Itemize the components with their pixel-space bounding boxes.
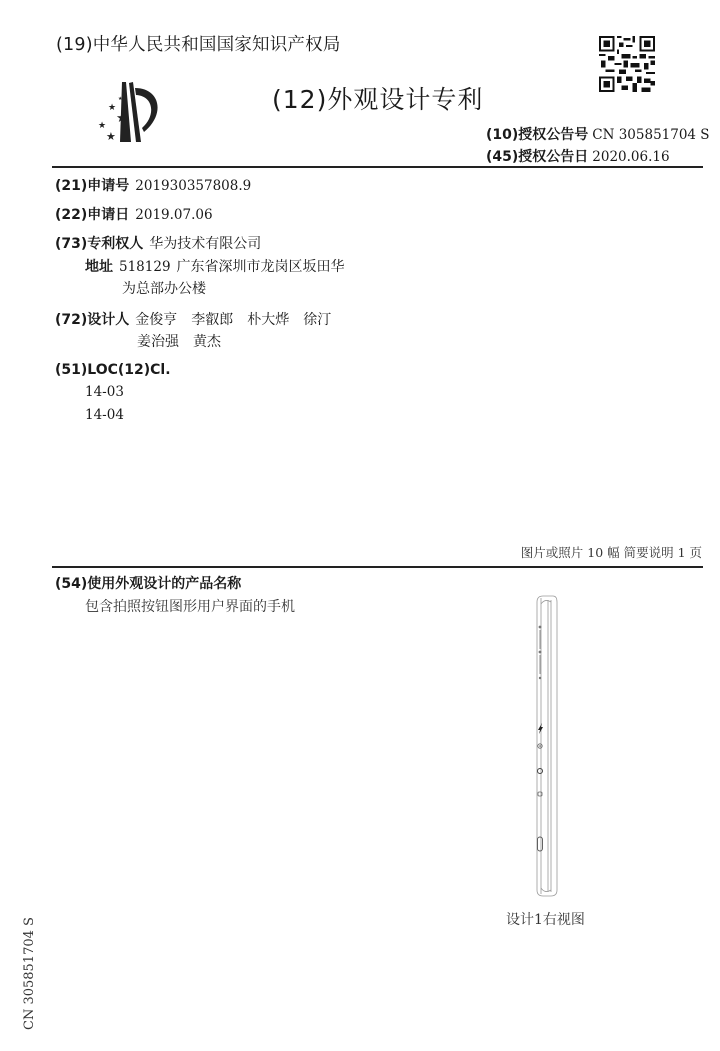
address-line1: 广东省深圳市龙岗区坂田华: [177, 259, 345, 275]
product-name-label: (54)使用外观设计的产品名称: [55, 573, 241, 593]
svg-text:★: ★: [106, 130, 116, 143]
svg-text:★: ★: [98, 121, 106, 131]
publication-number-label: (10)授权公告号: [486, 127, 588, 143]
application-number-label: (21)申请号: [55, 178, 129, 194]
cnipa-logo-icon: ★ ★ ★ ★ ★: [94, 82, 174, 144]
designer-name: 徐汀: [303, 312, 331, 328]
publication-date-value: 2020.06.16: [592, 149, 669, 165]
product-divider: [52, 566, 703, 568]
application-date-label: (22)申请日: [55, 207, 129, 223]
product-name: 包含拍照按钮图形用户界面的手机: [85, 596, 295, 616]
patentee: (73)专利权人华为技术有限公司: [55, 233, 261, 253]
svg-text:★: ★: [108, 103, 116, 113]
address-label: 地址: [85, 259, 113, 275]
designer-name: 姜治强: [137, 334, 179, 350]
phone-right-side-view-drawing: [533, 594, 561, 898]
application-number-value: 201930357808.9: [135, 178, 251, 194]
figure-count-summary: 图片或照片 10 幅 简要说明 1 页: [521, 543, 702, 561]
designer-name: 黄杰: [193, 334, 221, 350]
publication-number: (10)授权公告号CN 305851704 S: [486, 124, 710, 144]
publication-number-value: CN 305851704 S: [592, 127, 709, 143]
designer-name: 李叡郎: [191, 312, 233, 328]
loc-classification: (51)LOC(12)Cl.: [55, 362, 171, 378]
designer-name: 金俊亨: [135, 312, 177, 328]
application-date: (22)申请日2019.07.06: [55, 204, 213, 224]
svg-text:★: ★: [116, 111, 128, 126]
loc-class: 14-04: [85, 407, 124, 423]
publication-date: (45)授权公告日2020.06.16: [486, 146, 670, 166]
patentee-value: 华为技术有限公司: [149, 236, 261, 252]
address: 地址518129广东省深圳市龙岗区坂田华: [85, 256, 345, 276]
designers: (72)设计人金俊亨李叡郎朴大烨徐汀: [55, 309, 331, 329]
application-number: (21)申请号201930357808.9: [55, 175, 251, 195]
loc-label: (51)LOC(12)Cl.: [55, 362, 171, 378]
publication-date-label: (45)授权公告日: [486, 149, 588, 165]
qr-code-icon: [599, 36, 655, 92]
address-line2: 为总部办公楼: [122, 278, 206, 298]
side-publication-code: CN 305851704 S: [22, 917, 37, 1030]
header-divider: [52, 166, 703, 168]
svg-text:★: ★: [118, 96, 123, 102]
loc-class: 14-03: [85, 384, 124, 400]
document-type-title: (12)外观设计专利: [272, 80, 483, 116]
figure-caption: 设计1右视图: [506, 909, 585, 929]
patentee-label: (73)专利权人: [55, 236, 143, 252]
designers-line2: 姜治强黄杰: [137, 331, 221, 351]
designers-label: (72)设计人: [55, 312, 129, 328]
designer-name: 朴大烨: [247, 312, 289, 328]
address-postcode: 518129: [119, 259, 171, 275]
issuing-office: (19)中华人民共和国国家知识产权局: [56, 31, 341, 56]
application-date-value: 2019.07.06: [135, 207, 212, 223]
